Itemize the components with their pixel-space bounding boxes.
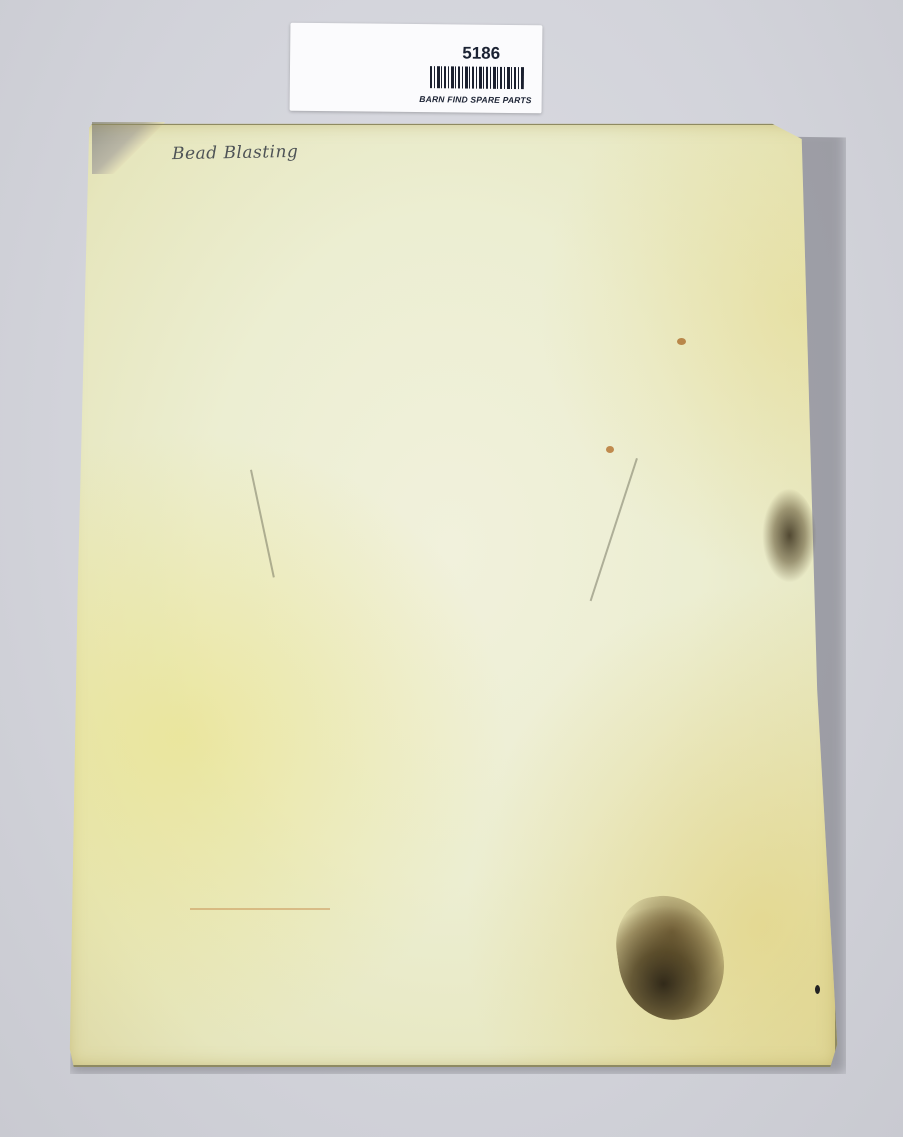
handwritten-note: Bead Blasting — [172, 142, 299, 164]
photo-scene: Bead Blasting 5186 BARN FIND SPARE PARTS — [0, 0, 903, 1137]
spot-mark — [606, 446, 614, 453]
worn-corner — [92, 122, 172, 174]
seller-brand: BARN FIND SPARE PARTS — [419, 94, 531, 105]
inventory-number: 5186 — [462, 43, 500, 63]
book-back-cover — [66, 122, 838, 1068]
spot-mark — [677, 338, 686, 345]
scratch-mark — [190, 908, 330, 910]
barcode-icon — [430, 66, 524, 89]
book: Bead Blasting — [0, 0, 903, 1137]
inventory-label: 5186 BARN FIND SPARE PARTS — [290, 23, 543, 114]
spot-mark — [815, 985, 820, 994]
